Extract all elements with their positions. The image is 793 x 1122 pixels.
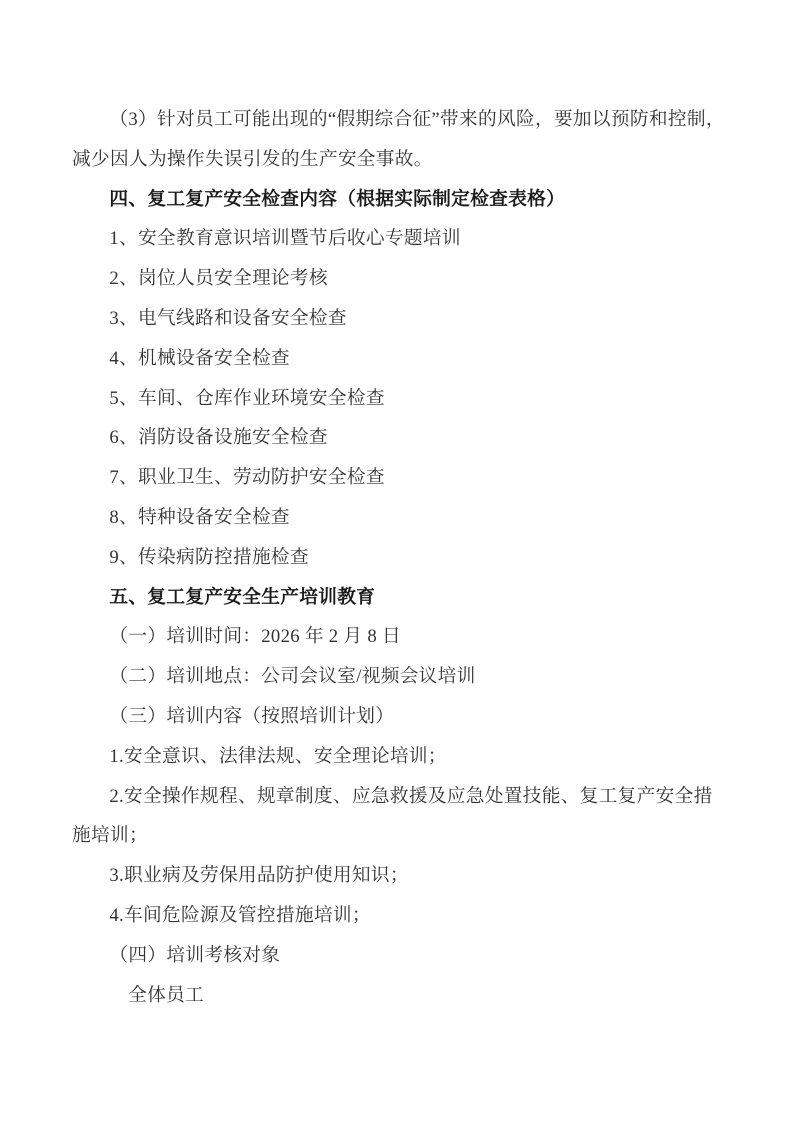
inspection-item-2: 2、岗位人员安全理论考核 <box>72 259 721 299</box>
inspection-item-4: 4、机械设备安全检查 <box>72 339 721 379</box>
training-item-3: 3.职业病及劳保用品防护使用知识； <box>72 856 721 896</box>
inspection-item-6: 6、消防设备设施安全检查 <box>72 418 721 458</box>
training-content-heading: （三）培训内容（按照培训计划） <box>72 697 721 737</box>
inspection-item-3: 3、电气线路和设备安全检查 <box>72 299 721 339</box>
para-holiday-syndrome-line1: （3）针对员工可能出现的“假期综合征”带来的风险，要加以预防和控制， <box>72 100 721 140</box>
training-place: （二）培训地点：公司会议室/视频会议培训 <box>72 657 721 697</box>
para-holiday-syndrome-line2: 减少因人为操作失误引发的生产安全事故。 <box>72 140 721 180</box>
inspection-item-5: 5、车间、仓库作业环境安全检查 <box>72 379 721 419</box>
training-assess-target-value: 全体员工 <box>72 976 721 1016</box>
training-assess-target-heading: （四）培训考核对象 <box>72 936 721 976</box>
training-item-4: 4.车间危险源及管控措施培训； <box>72 896 721 936</box>
training-item-2-line2: 施培训； <box>72 816 721 856</box>
training-item-2-line1: 2.安全操作规程、规章制度、应急救援及应急处置技能、复工复产安全措 <box>72 777 721 817</box>
inspection-item-8: 8、特种设备安全检查 <box>72 498 721 538</box>
section-heading-4-inspection: 四、复工复产安全检查内容（根据实际制定检查表格） <box>72 180 721 220</box>
inspection-item-9: 9、传染病防控措施检查 <box>72 538 721 578</box>
training-item-1: 1.安全意识、法律法规、安全理论培训； <box>72 737 721 777</box>
training-time: （一）培训时间：2026 年 2 月 8 日 <box>72 617 721 657</box>
inspection-item-7: 7、职业卫生、劳动防护安全检查 <box>72 458 721 498</box>
section-heading-5-training: 五、复工复产安全生产培训教育 <box>72 578 721 618</box>
inspection-item-1: 1、安全教育意识培训暨节后收心专题培训 <box>72 219 721 259</box>
document-page: （3）针对员工可能出现的“假期综合征”带来的风险，要加以预防和控制， 减少因人为… <box>0 0 793 1122</box>
